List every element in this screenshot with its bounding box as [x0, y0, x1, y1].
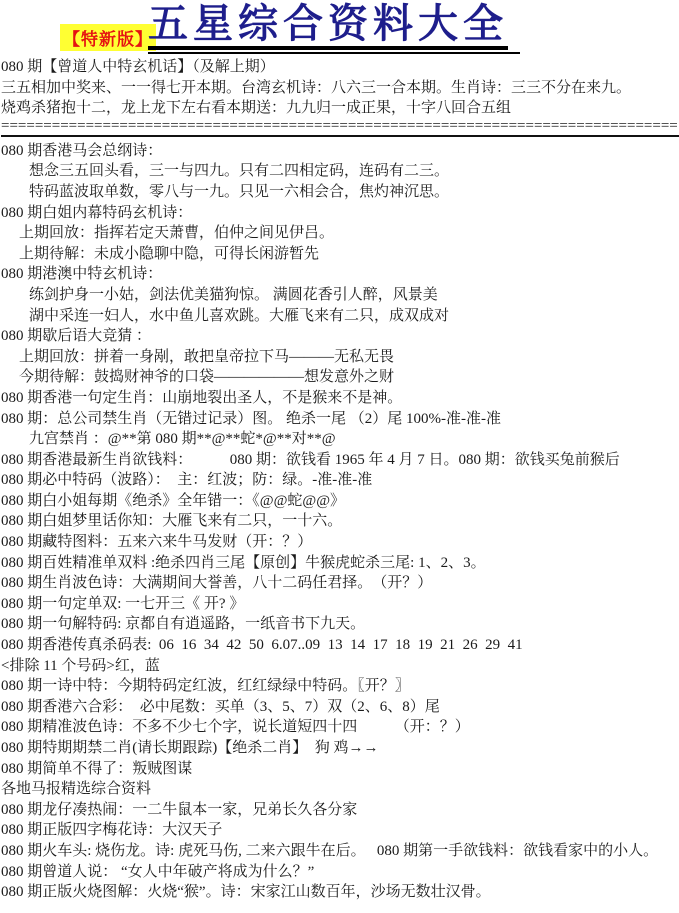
section-heading: 080 期港澳中特玄机诗：: [1, 264, 679, 285]
content: 080 期【曾道人中特玄机话】（及解上期） 三五相加中奖来、一一得七开本期。台湾…: [0, 54, 679, 903]
text-line: 080 期生肖波色诗：大满期间大誉善，八十二码任君择。 （开？）: [1, 573, 679, 594]
section-heading: 080 期歇后语大竞猜 ：: [1, 326, 679, 347]
text-line: 080 期香港最新生肖欲钱料： 080 期：欲钱看 1965 年 4 月 7 日…: [1, 450, 679, 471]
text-line: 080 期香港六合彩： 必中尾数：买单（3、5、7）双（2、6、8）尾: [1, 697, 679, 718]
text-line: 080 期白小姐每期《绝杀》全年错一：《@@蛇@@》: [1, 491, 679, 512]
text-line: 080 期百姓精准单双料 :绝杀四肖三尾【原创】牛猴虎蛇杀三尾: 1、2、3。: [1, 553, 679, 574]
text-line: 080 期龙仔凑热闹：一二牛鼠本一家，兄弟长久各分家: [1, 800, 679, 821]
text-line: 080 期一句定单双: 一七开三《 开? 》: [1, 594, 679, 615]
text-line: 九宫禁肖 ：@**第 080 期**@**蛇*@**对**@: [1, 429, 679, 450]
text-line: 080 期香港一句定生肖：山崩地裂出圣人，不是猴来不是神。: [1, 388, 679, 409]
text-line: 今期待解：鼓捣财神爷的口袋——————想发意外之财: [1, 367, 679, 388]
section-heading: 080 期白姐内幕特码玄机诗：: [1, 203, 679, 224]
text-line: 想念三五回头看，三一与四九。只有二四相定码，连码有二三。: [1, 161, 679, 182]
text-line: 080 期一诗中特：今期特码定红波，红红绿绿中特码。〖开？〗: [1, 676, 679, 697]
text-line: 080 期精准波色诗：不多不少七个字，说长道短四十四 （开：？）: [1, 717, 679, 738]
text-line: 烧鸡杀猪抱十二，龙上龙下左右看本期送：九九归一成正果，十字八回合五组: [1, 98, 679, 119]
edition-badge: 【特新版】: [60, 24, 156, 51]
section-heading: 各地马报精选综合资料: [1, 779, 679, 800]
page-header: 【特新版】 五星综合资料大全: [0, 0, 679, 54]
text-line: 080 期【曾道人中特玄机话】（及解上期）: [1, 57, 679, 78]
text-line: 湖中采连一妇人，水中鱼儿喜欢跳。大雁飞来有二只，成双成对: [1, 306, 503, 327]
text-line: 080 期一句解特码: 京都自有逍遥路，一纸音书下九天。: [1, 614, 679, 635]
text-line: 三五相加中奖来、一一得七开本期。台湾玄机诗：八六三一合本期。生肖诗：三三不分在来…: [1, 78, 679, 99]
text-line: 080 期曾道人说： “女人中年破产将成为什么？”: [1, 862, 679, 883]
kill-numbers-line: 080 期香港传真杀码表: 06 16 34 42 50 6.07..09 13…: [1, 635, 679, 656]
text-line: 080 期：总公司禁生肖（无错过记录）图。 绝杀一尾 （2）尾 100%-准-准…: [1, 409, 679, 430]
text-line: 080 期正版火烧图解：火烧“猴”。诗：宋家江山数百年，沙场无数壮汉骨。: [1, 882, 679, 903]
section-heading: 080 期香港马会总纲诗：: [1, 141, 679, 162]
text-line: 080 期特期期禁二肖(请长期跟踪)【绝杀二肖】 狗 鸡→→: [1, 738, 679, 759]
title-underline: [148, 52, 520, 54]
text-line: 080 期必中特码（波路）： 主：红波；防：绿。-准-准-准: [1, 470, 679, 491]
divider-line: ========================================…: [1, 119, 679, 137]
page-title: 五星综合资料大全: [148, 2, 508, 50]
lottery-info-sheet: 【特新版】 五星综合资料大全 080 期【曾道人中特玄机话】（及解上期） 三五相…: [0, 0, 679, 913]
text-line: 上期回放：拼着一身剐，敢把皇帝拉下马———无私无畏: [1, 347, 679, 368]
text-line: <排除 11 个号码>红，蓝: [1, 656, 679, 677]
text-line: 080 期藏特图料：五来六来牛马发财（开：？）: [1, 532, 679, 553]
text-line: 练剑护身一小姑，剑法优美猫狗惊。 满圆花香引人醉，风景美: [1, 285, 679, 306]
text-line: 080 期简单不得了：叛贼图谋: [1, 759, 679, 780]
text-line: 080 期白姐梦里话你知：大雁飞来有二只，一十六。: [1, 511, 679, 532]
text-line: 080 期火车头: 烧伤龙。诗: 虎死马伤, 二来六跟牛在后。 080 期第一手…: [1, 841, 679, 862]
text-line: 上期待解：未成小隐聊中隐，可得长闲游暂先: [1, 244, 679, 265]
text-line: 080 期正版四字梅花诗：大汉天子: [1, 820, 679, 841]
text-line: 上期回放：指挥若定天萧曹，伯仲之间见伊吕。: [1, 223, 679, 244]
text-line: 特码蓝波取单数，零八与一九。只见一六相会合，焦灼神沉思。: [1, 182, 679, 203]
